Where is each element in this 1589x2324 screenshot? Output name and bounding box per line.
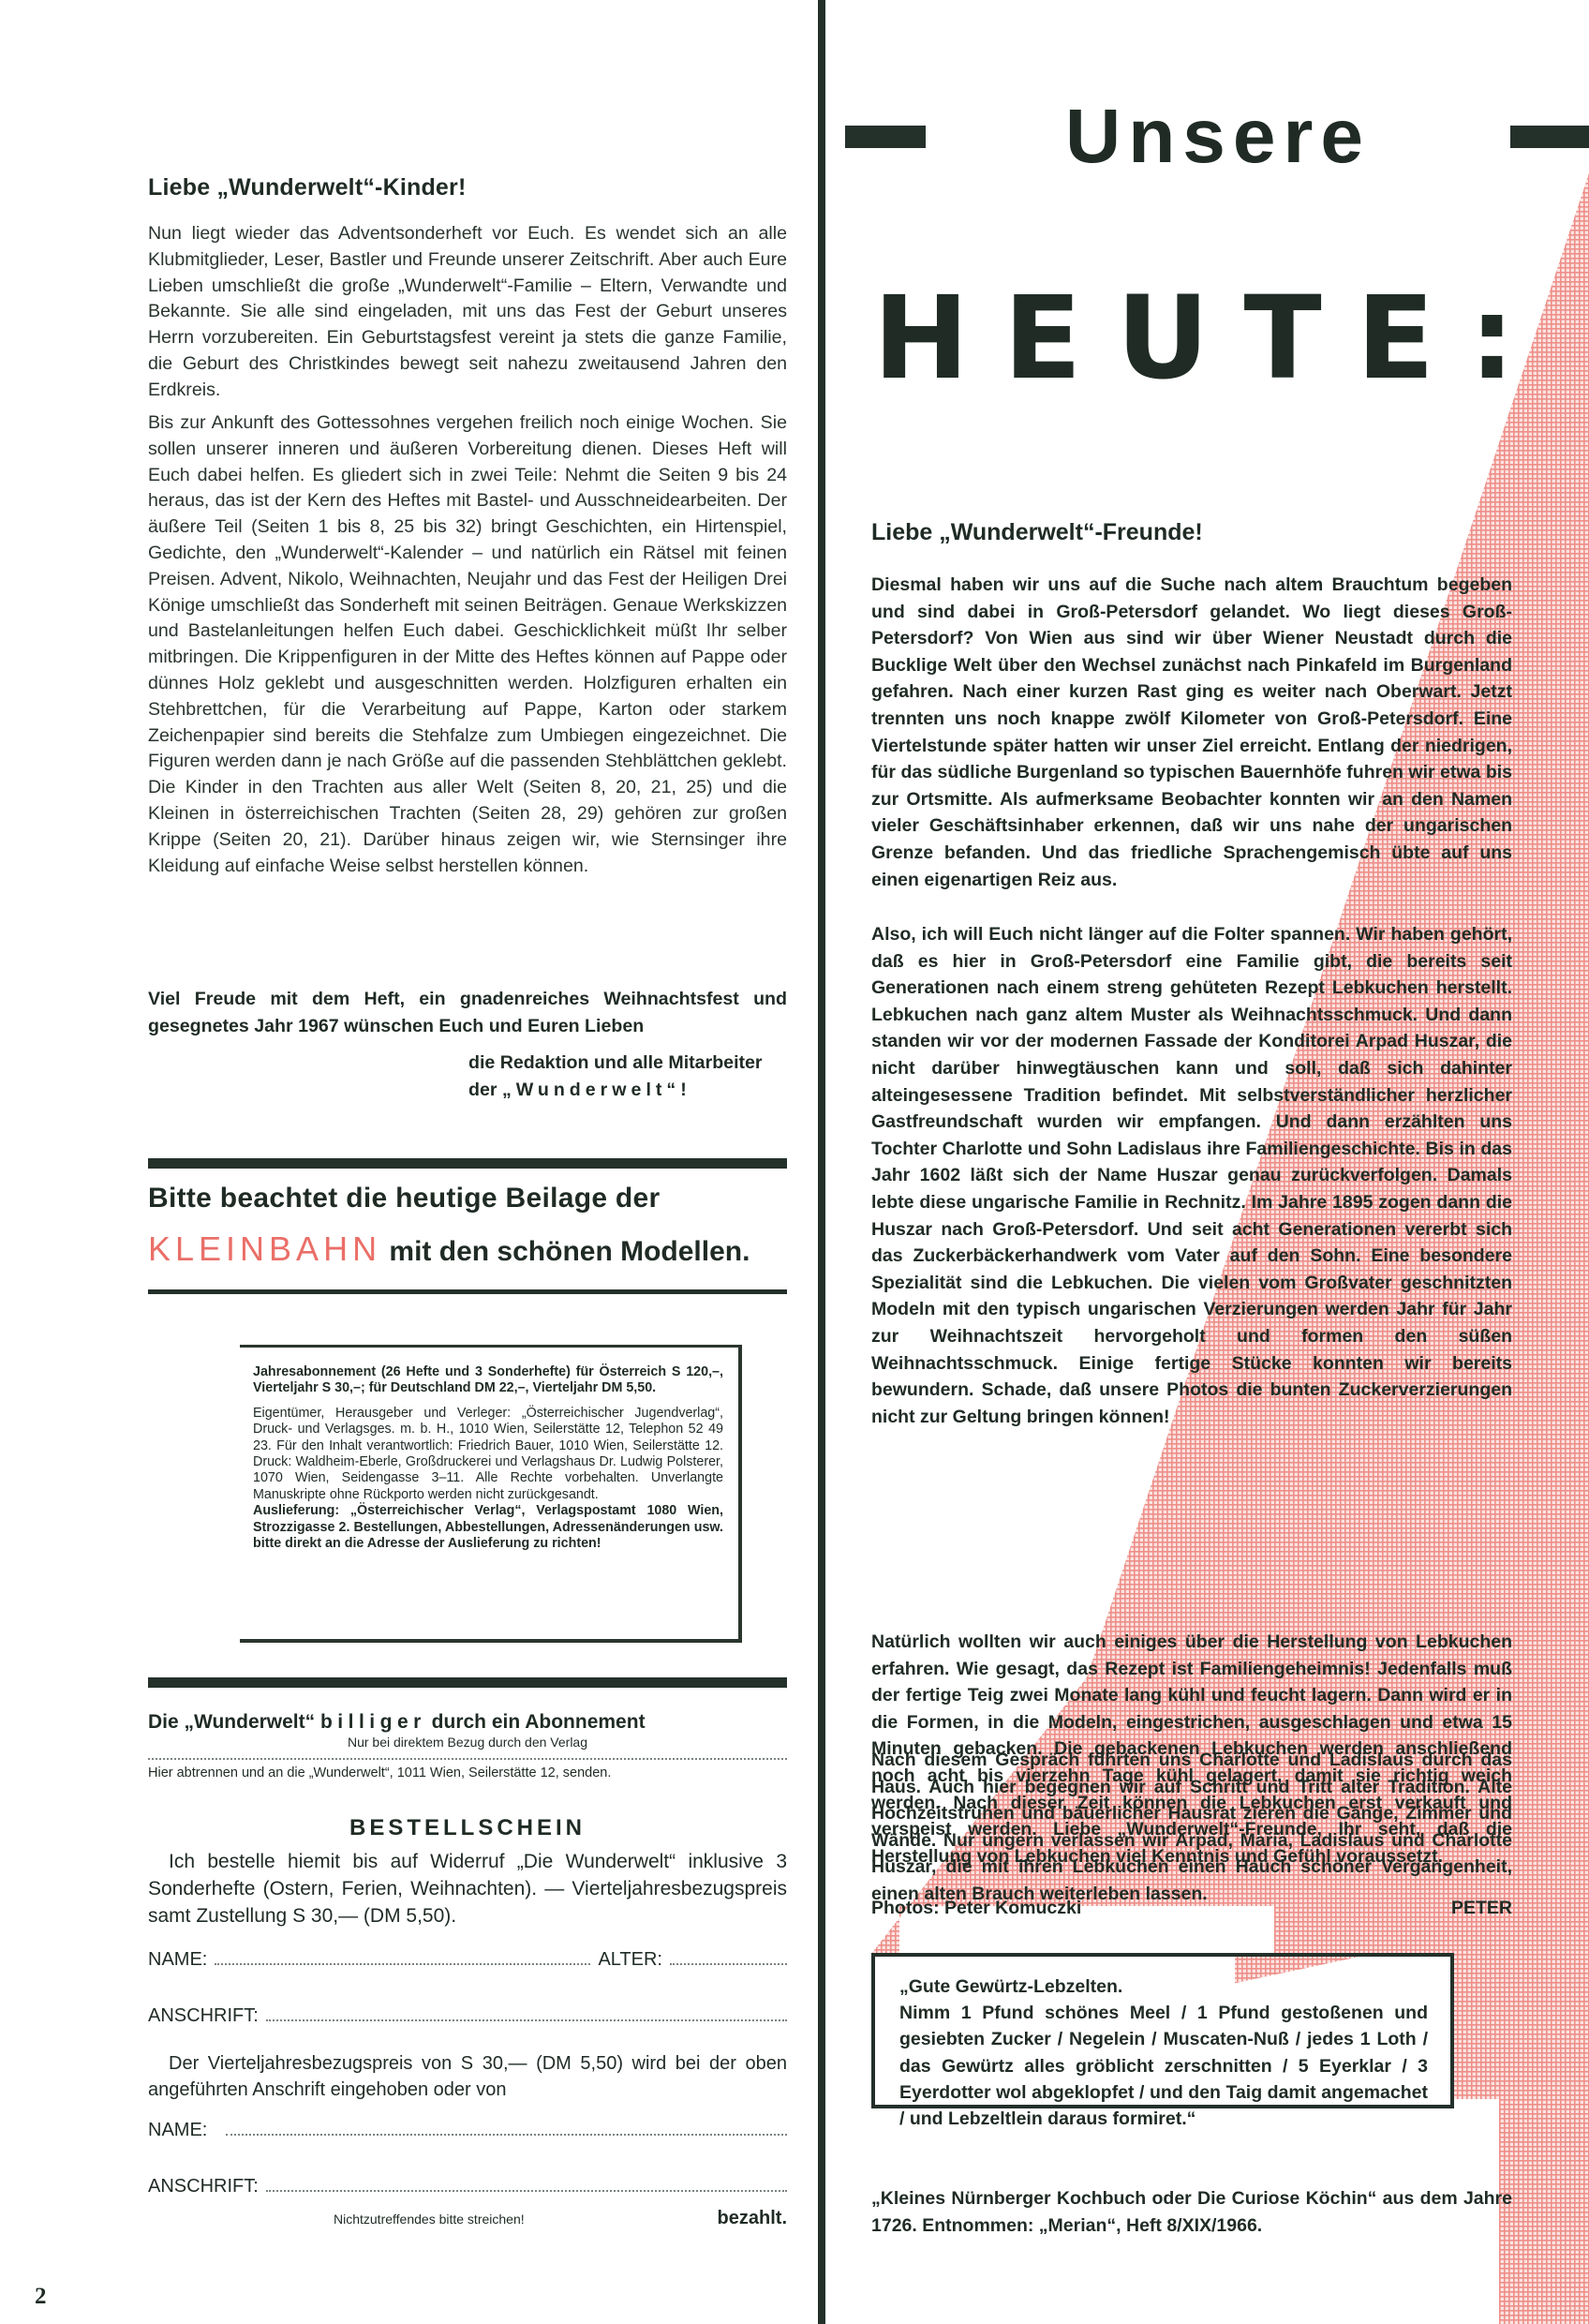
column-divider [818,0,825,2324]
name-label: NAME: [148,1949,207,1971]
photo-credit: Photos: Peter Komuczki [871,1898,1081,1919]
age-label: ALTER: [598,1949,662,1971]
order-form-title: BESTELLSCHEIN [148,1815,787,1841]
payer-address-label: ANSCHRIFT: [148,2176,259,2197]
payer-address-row: ANSCHRIFT: [148,2176,787,2197]
subscription-subline: Nur bei direktem Bezug durch den Verlag [148,1735,787,1750]
address-label: ANSCHRIFT: [148,2005,259,2027]
imprint-publisher: Eigentümer, Herausgeber und Verleger: „Ö… [253,1406,723,1503]
supplement-notice-line2: KLEINBAHN mit den schönen Modellen. [148,1229,787,1269]
author: PETER [1451,1898,1512,1919]
headline-spaced-word: billiger [320,1711,426,1733]
signature-line-2: der „Wunderwelt“! [468,1077,787,1104]
name-age-row: NAME: ALTER: [148,1949,787,1971]
supplement-notice-rest: mit den schönen Modellen. [381,1236,750,1267]
age-field[interactable] [670,1962,787,1965]
cut-instruction: Hier abtrennen und an die „Wunderwelt“, … [148,1765,787,1780]
recipe-box: „Gute Gewürtz-Lebzelten. Nimm 1 Pfund sc… [871,1953,1454,2108]
order-form-text: Ich bestelle hiemit bis auf Widerruf „Di… [148,1848,787,1929]
supplement-brand: KLEINBAHN [148,1229,381,1268]
page-number: 2 [35,2284,47,2310]
intro-paragraph-1: Nun liegt wieder das Adventsonderheft vo… [148,221,787,404]
supplement-notice-line1: Bitte beachtet die heutige Beilage der [148,1183,661,1214]
payer-address-field[interactable] [266,2189,787,2192]
address-row: ANSCHRIFT: [148,2005,787,2027]
payer-name-label: NAME: [148,2120,207,2141]
dash-right-icon [1510,126,1589,148]
paid-label: bezahlt. [718,2208,787,2229]
recipe-source: „Kleines Nürnberger Kochbuch oder Die Cu… [871,2185,1512,2239]
name-field[interactable] [215,1962,590,1965]
signature-magazine-name: „Wunderwelt“! [502,1080,691,1100]
recipe-text: Nimm 1 Pfund schönes Meel / 1 Pfund gest… [899,2000,1428,2132]
strike-note: Nichtzutreffendes bitte streichen! [334,2212,525,2227]
intro-paragraph-2: Bis zur Ankunft des Gottessohnes vergehe… [148,410,787,879]
cut-line [148,1758,787,1760]
imprint-delivery: Auslieferung: „Österreichischer Verlag“,… [253,1503,723,1552]
payer-name-row: NAME: [148,2120,787,2141]
article-paragraph-2: Also, ich will Euch nicht länger auf die… [871,921,1512,1430]
imprint-box: Jahresabonnement (26 Hefte und 3 Sonderh… [240,1345,742,1643]
imprint-subscription: Jahresabonnement (26 Hefte und 3 Sonderh… [253,1364,723,1397]
headline-unsere: Unsere [845,98,1589,175]
subscription-headline: Die „Wunderwelt“ billiger durch ein Abon… [148,1711,787,1734]
dash-left-icon [845,126,926,148]
address-field[interactable] [266,2019,787,2021]
divider-rule [148,1158,787,1169]
article-paragraph-4: Nach diesem Gespräch führten uns Charlot… [871,1747,1512,1908]
divider-rule [148,1677,787,1688]
headline-big: HEUTE: [873,281,1550,395]
headline-prefix: Die „Wunderwelt“ [148,1711,320,1733]
signature-prefix: der [468,1080,502,1100]
greeting-heading-freunde: Liebe „Wunderwelt“-Freunde! [871,519,1203,546]
recipe-title: „Gute Gewürtz-Lebzelten. [899,1974,1428,2000]
article-paragraph-1: Diesmal haben wir uns auf die Suche nach… [871,572,1512,893]
divider-rule-thin [148,1289,787,1294]
greeting-heading-kinder: Liebe „Wunderwelt“-Kinder! [148,174,466,201]
editor-signature: die Redaktion und alle Mitarbeiter der „… [468,1050,787,1104]
wishes-text: Viel Freude mit dem Heft, ein gnadenreic… [148,986,787,1039]
payment-text: Der Vierteljahresbezugspreis von S 30,— … [148,2050,787,2103]
payer-name-field[interactable] [226,2133,787,2136]
headline-suffix: durch ein Abonnement [426,1711,646,1733]
headline-small: Unsere [1065,98,1371,175]
signature-line-1: die Redaktion und alle Mitarbeiter [468,1050,787,1077]
article-credit-line: Photos: Peter Komuczki PETER [871,1898,1512,1919]
